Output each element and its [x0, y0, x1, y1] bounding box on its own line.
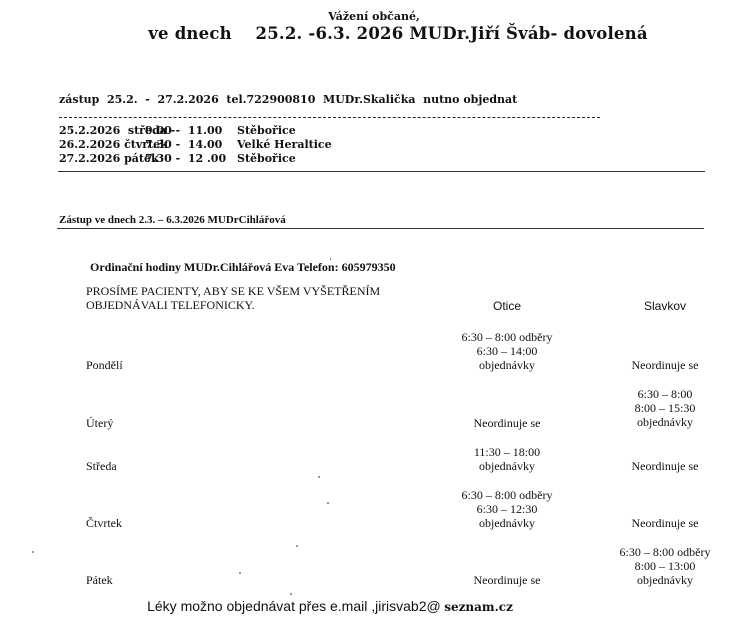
- hours-line: 6:30 – 14:00: [437, 344, 577, 358]
- column-header-otice: Otice: [447, 299, 567, 313]
- scan-speck: [290, 593, 292, 595]
- schedule-place: Stěbořice: [237, 152, 296, 165]
- day-label: Středa: [86, 459, 117, 474]
- hours-line: 6:30 – 8:00 odběry: [437, 488, 577, 502]
- hours-line: 6:30 – 8:00 odběry: [437, 330, 577, 344]
- hours-line: 8:00 – 15:30: [595, 401, 735, 415]
- otice-hours: Neordinuje se: [437, 416, 577, 430]
- slavkov-hours: 6:30 – 8:00 8:00 – 15:30 objednávky: [595, 387, 735, 429]
- hours-line: 6:30 – 8:00: [595, 387, 735, 401]
- hours-line: Neordinuje se: [595, 459, 735, 473]
- otice-hours: 6:30 – 8:00 odběry 6:30 – 12:30 objednáv…: [437, 488, 577, 530]
- schedule-row: 25.2.2026 středa -9.00 - 11.00Stěbořice: [59, 124, 296, 137]
- email-domain: seznam.cz: [444, 600, 513, 614]
- hours-line: objednávky: [437, 358, 577, 372]
- day-label: Úterý: [86, 416, 113, 431]
- hours-line: objednávky: [437, 459, 577, 473]
- hours-line: 8:00 – 13:00: [595, 559, 735, 573]
- column-header-slavkov: Slavkov: [605, 299, 725, 313]
- day-label: Pátek: [86, 573, 113, 588]
- phone-order-notice-line1: PROSÍME PACIENTY, ABY SE KE VŠEM VYŠETŘE…: [86, 284, 380, 299]
- hours-line: 6:30 – 8:00 odběry: [595, 545, 735, 559]
- hours-line: 11:30 – 18:00: [437, 445, 577, 459]
- schedule-place: Velké Heraltice: [237, 138, 332, 151]
- schedule-date: 27.2.2026 pátek: [59, 152, 145, 165]
- office-hours-title: Ordinační hodiny MUDr.Cihlářová Eva Tele…: [90, 260, 396, 275]
- dashed-divider: [59, 117, 600, 118]
- schedule-row: 26.2.2026 čtvrtek7.30 - 14.00Velké Heral…: [59, 138, 332, 151]
- scan-speck: [32, 551, 34, 553]
- slavkov-hours: Neordinuje se: [595, 459, 735, 473]
- schedule-date: 25.2.2026 středa -: [59, 124, 145, 137]
- schedule-time: 7.30 - 12 .00: [145, 152, 237, 165]
- hours-line: Neordinuje se: [437, 416, 577, 430]
- scan-speck: [239, 572, 241, 574]
- scan-speck: [318, 476, 320, 478]
- schedule-date: 26.2.2026 čtvrtek: [59, 138, 145, 151]
- schedule-time: 7.30 - 14.00: [145, 138, 237, 151]
- section-divider: [57, 228, 704, 229]
- schedule-time: 9.00 - 11.00: [145, 124, 237, 137]
- schedule-place: Stěbořice: [237, 124, 296, 137]
- hours-line: 6:30 – 12:30: [437, 502, 577, 516]
- substitute-1-line: zástup 25.2. - 27.2.2026 tel.722900810 M…: [59, 93, 517, 106]
- slavkov-hours: 6:30 – 8:00 odběry 8:00 – 13:00 objednáv…: [595, 545, 735, 587]
- greeting: Vážení občané,: [0, 10, 748, 23]
- scan-speck: [330, 258, 331, 260]
- slavkov-hours: Neordinuje se: [595, 358, 735, 372]
- scan-speck: [296, 545, 298, 547]
- scan-speck: [327, 502, 329, 504]
- hours-line: Neordinuje se: [595, 516, 735, 530]
- hours-line: Neordinuje se: [437, 573, 577, 587]
- hours-line: objednávky: [437, 516, 577, 530]
- hours-line: Neordinuje se: [595, 358, 735, 372]
- day-label: Čtvrtek: [86, 516, 122, 531]
- otice-hours: 6:30 – 8:00 odběry 6:30 – 14:00 objednáv…: [437, 330, 577, 372]
- hours-line: objednávky: [595, 415, 735, 429]
- schedule-row: 27.2.2026 pátek7.30 - 12 .00Stěbořice: [59, 152, 296, 165]
- otice-hours: 11:30 – 18:00 objednávky: [437, 445, 577, 473]
- section-divider: [58, 171, 705, 172]
- slavkov-hours: Neordinuje se: [595, 516, 735, 530]
- footer-text: Léky možno objednávat přes e.mail ,jiris…: [147, 598, 441, 614]
- medication-email-note: Léky možno objednávat přes e.mail ,jiris…: [0, 598, 660, 616]
- substitute-2-line: Zástup ve dnech 2.3. – 6.3.2026 MUDrCihl…: [59, 214, 286, 226]
- otice-hours: Neordinuje se: [437, 573, 577, 587]
- day-label: Pondělí: [86, 358, 123, 373]
- vacation-headline: ve dnech 25.2. -6.3. 2026 MUDr.Jiří Šváb…: [0, 24, 748, 43]
- hours-line: objednávky: [595, 573, 735, 587]
- phone-order-notice-line2: OBJEDNÁVALI TELEFONICKY.: [86, 298, 255, 313]
